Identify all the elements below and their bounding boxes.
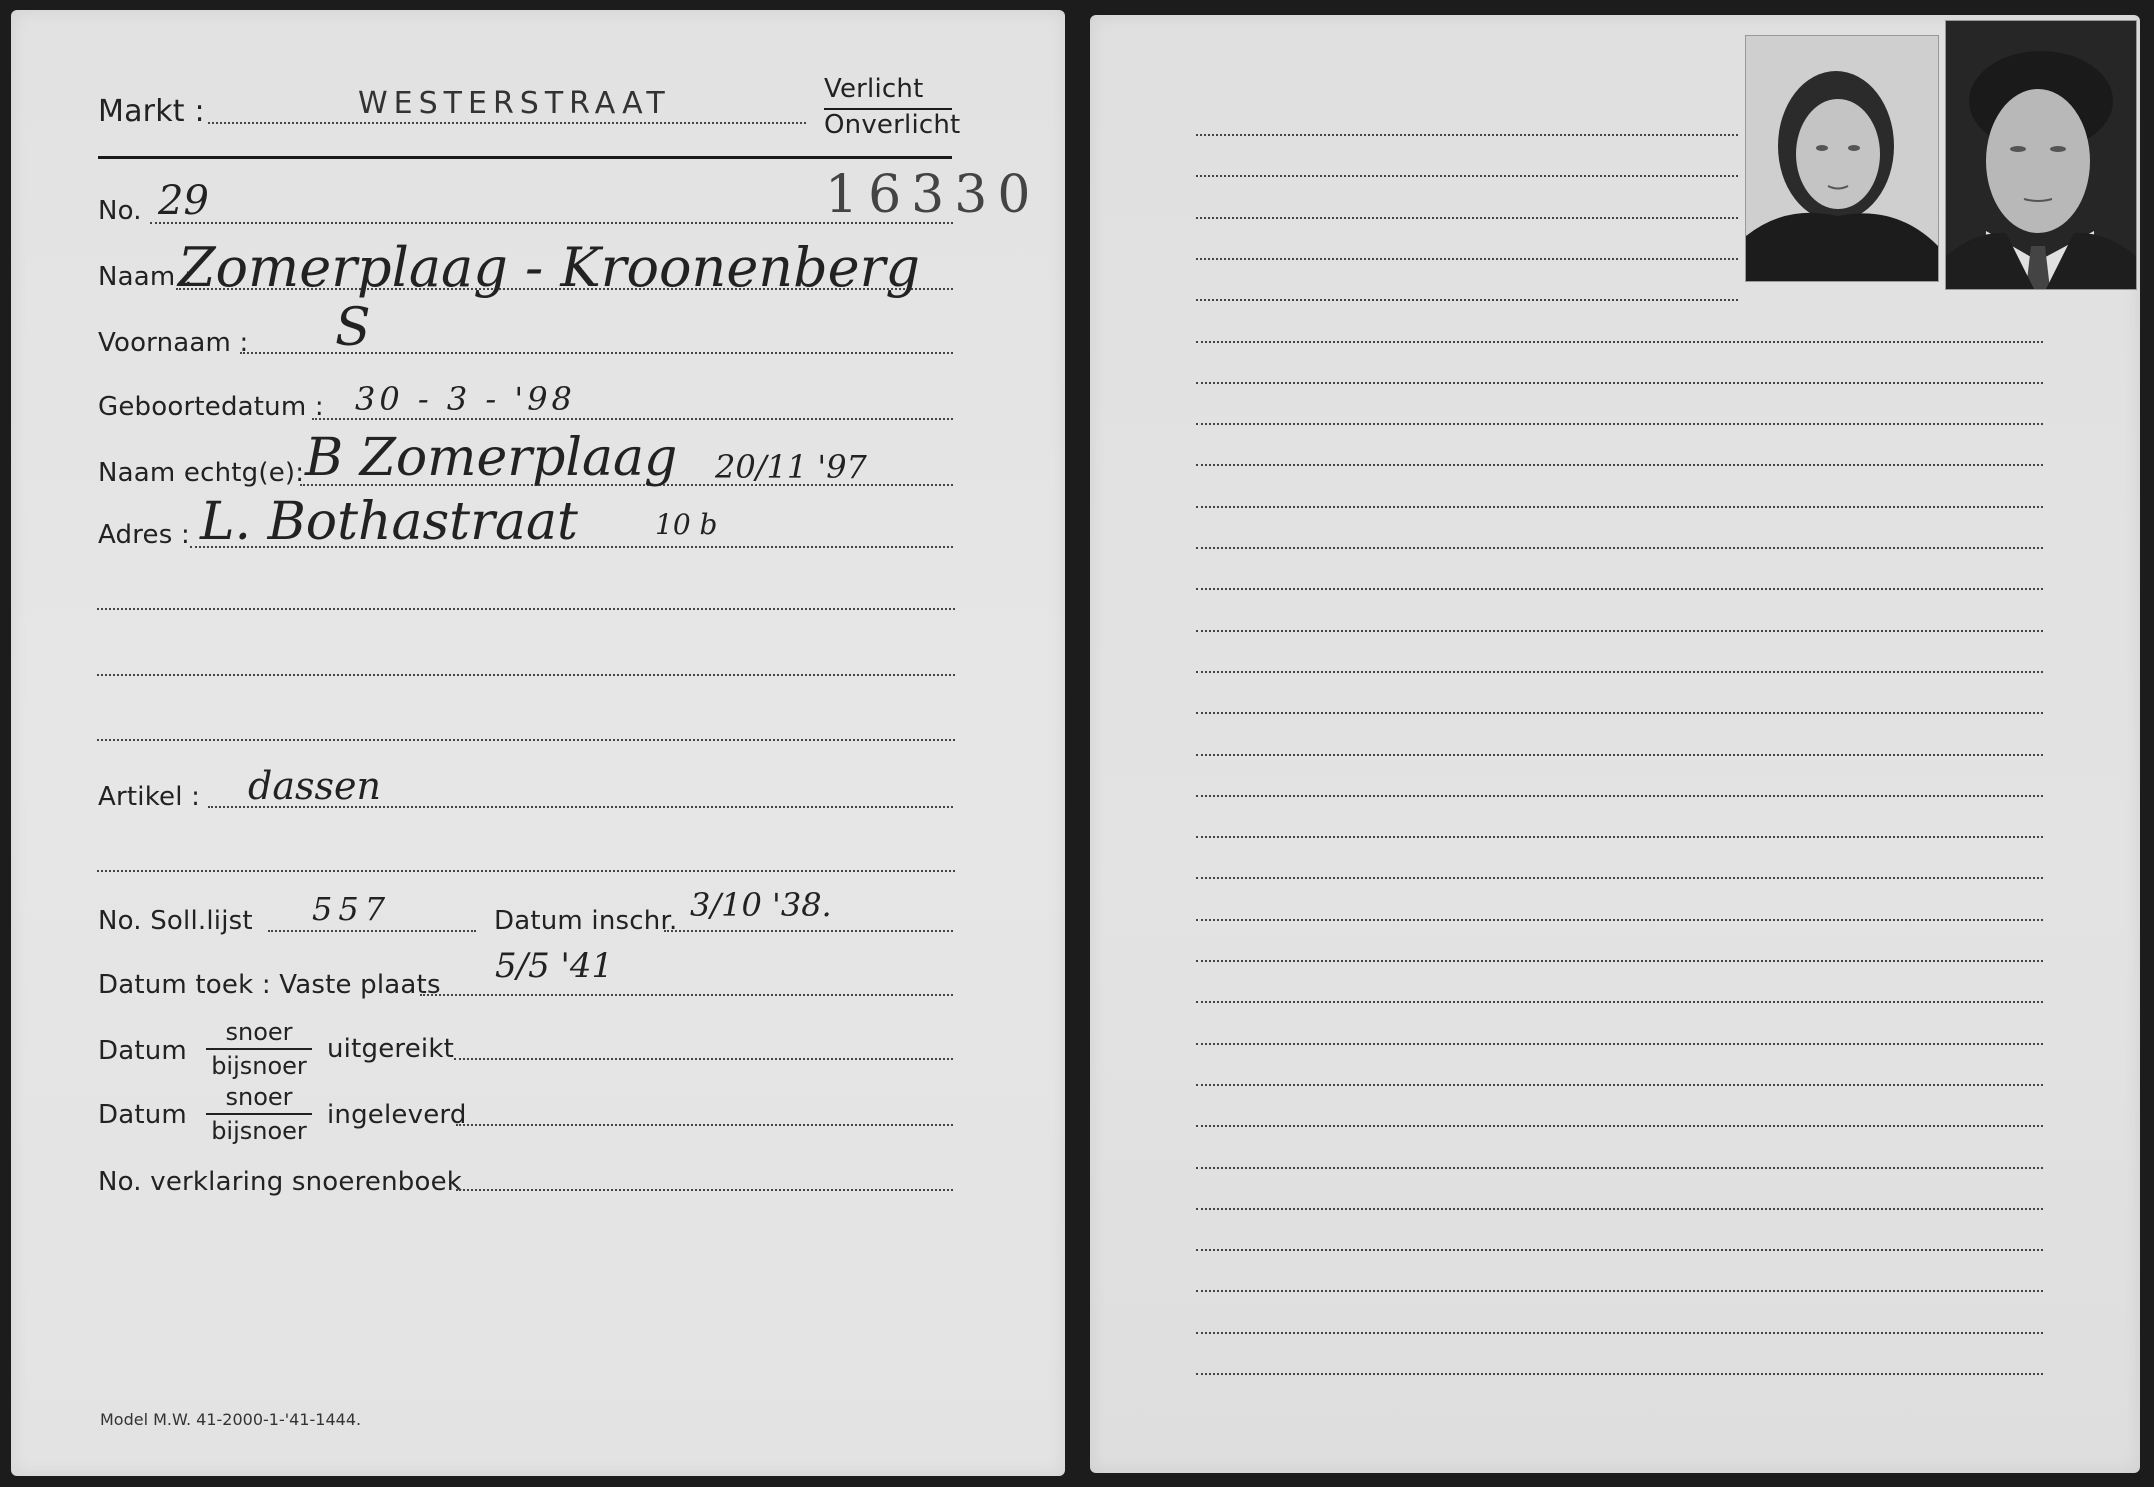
datum-toek-dotted-line <box>420 994 953 996</box>
geboortedatum-label: Geboortedatum : <box>98 392 324 422</box>
ruled-line <box>1196 1001 2043 1003</box>
uitgereikt-label: uitgereikt <box>327 1034 454 1064</box>
artikel-value: dassen <box>248 764 381 808</box>
geboortedatum-value: 30 - 3 - '98 <box>355 380 576 418</box>
ruled-line <box>1196 795 2043 797</box>
adres-label: Adres : <box>98 520 190 550</box>
address-line-extra-2 <box>97 674 955 676</box>
datum-toek-label: Datum toek : Vaste plaats <box>98 970 441 1000</box>
datum-inschr-label: Datum inschr. <box>494 906 677 936</box>
ruled-line <box>1196 1125 2043 1127</box>
ruled-line <box>1196 960 2043 962</box>
registration-card-front <box>11 10 1065 1476</box>
ruled-line <box>1196 919 2043 921</box>
snoer-label: snoer <box>206 1018 312 1050</box>
ruled-line <box>1196 1373 2043 1375</box>
header-rule <box>98 156 952 159</box>
datum-uitgereikt-label: Datum <box>98 1036 187 1066</box>
snoer-label: snoer <box>206 1083 312 1115</box>
datum-inschr-dotted-line <box>664 930 953 932</box>
markt-label: Markt : <box>98 94 205 129</box>
no-dotted-line <box>150 222 953 224</box>
uitgereikt-dotted-line <box>454 1058 953 1060</box>
ruled-line <box>1196 299 1738 301</box>
archive-number: 16330 <box>825 165 1040 225</box>
ruled-line <box>1196 1208 2043 1210</box>
ruled-line <box>1196 588 2043 590</box>
woman-portrait-icon <box>1746 36 1938 281</box>
naam-echtg-date: 20/11 '97 <box>715 448 867 486</box>
soll-lijst-dotted-line <box>268 930 476 932</box>
ruled-line <box>1196 877 2043 879</box>
ruled-line <box>1196 175 1738 177</box>
ruled-line <box>1196 547 2043 549</box>
datum-ingeleverd-label: Datum <box>98 1100 187 1130</box>
ruled-line <box>1196 1043 2043 1045</box>
soll-lijst-value: 557 <box>312 890 391 928</box>
verklaring-dotted-line <box>456 1189 953 1191</box>
ruled-line <box>1196 506 2043 508</box>
ruled-line <box>1196 258 1738 260</box>
ruled-line <box>1196 1084 2043 1086</box>
woman-portrait-photo <box>1745 35 1939 282</box>
ruled-line <box>1196 464 2043 466</box>
adres-number: 10 b <box>655 508 717 541</box>
naam-echtg-value: B Zomerplaag <box>305 428 677 488</box>
naam-echtg-label: Naam echtg(e): <box>98 458 304 488</box>
artikel-label: Artikel : <box>98 782 200 812</box>
ruled-line <box>1196 1290 2043 1292</box>
verklaring-label: No. verklaring snoerenboek <box>98 1167 462 1197</box>
voornaam-label: Voornaam : <box>98 328 249 358</box>
adres-value: L. Bothastraat <box>200 492 578 552</box>
ruled-line <box>1196 712 2043 714</box>
ruled-line <box>1196 1249 2043 1251</box>
verlicht-label: Verlicht <box>824 74 923 104</box>
address-line-extra-3 <box>97 739 955 741</box>
ingeleverd-dotted-line <box>456 1124 953 1126</box>
ruled-line <box>1196 754 2043 756</box>
ruled-line <box>1196 671 2043 673</box>
snoer-bijsnoer-fraction-2: snoer bijsnoer <box>206 1083 312 1145</box>
form-model-footer: Model M.W. 41-2000-1-'41-1444. <box>100 1410 361 1429</box>
ruled-line <box>1196 630 2043 632</box>
markt-value: WESTERSTRAAT <box>358 86 671 121</box>
markt-dotted-line <box>208 122 806 124</box>
onverlicht-label: Onverlicht <box>824 110 960 140</box>
ruled-line <box>1196 341 2043 343</box>
man-portrait-photo <box>1945 20 2137 290</box>
address-line-extra-1 <box>97 608 955 610</box>
ruled-line <box>1196 1332 2043 1334</box>
ruled-line <box>1196 217 1738 219</box>
snoer-bijsnoer-fraction-1: snoer bijsnoer <box>206 1018 312 1080</box>
bijsnoer-label: bijsnoer <box>206 1050 312 1080</box>
ingeleverd-label: ingeleverd <box>327 1100 467 1130</box>
ruled-line <box>1196 134 1738 136</box>
ruled-line <box>1196 382 2043 384</box>
datum-toek-value: 5/5 '41 <box>495 946 613 986</box>
bijsnoer-label: bijsnoer <box>206 1115 312 1145</box>
ruled-line <box>1196 1167 2043 1169</box>
artikel-line-extra <box>97 870 955 872</box>
soll-lijst-label: No. Soll.lijst <box>98 906 253 936</box>
naam-value: Zomerplaag - Kroonenberg <box>178 236 920 299</box>
datum-inschr-value: 3/10 '38. <box>690 886 832 924</box>
man-portrait-icon <box>1946 21 2136 289</box>
no-label: No. <box>98 196 142 226</box>
voornaam-value: S <box>335 298 371 358</box>
no-value: 29 <box>158 178 209 224</box>
ruled-line <box>1196 836 2043 838</box>
geboortedatum-dotted-line <box>312 418 953 420</box>
ruled-line <box>1196 423 2043 425</box>
